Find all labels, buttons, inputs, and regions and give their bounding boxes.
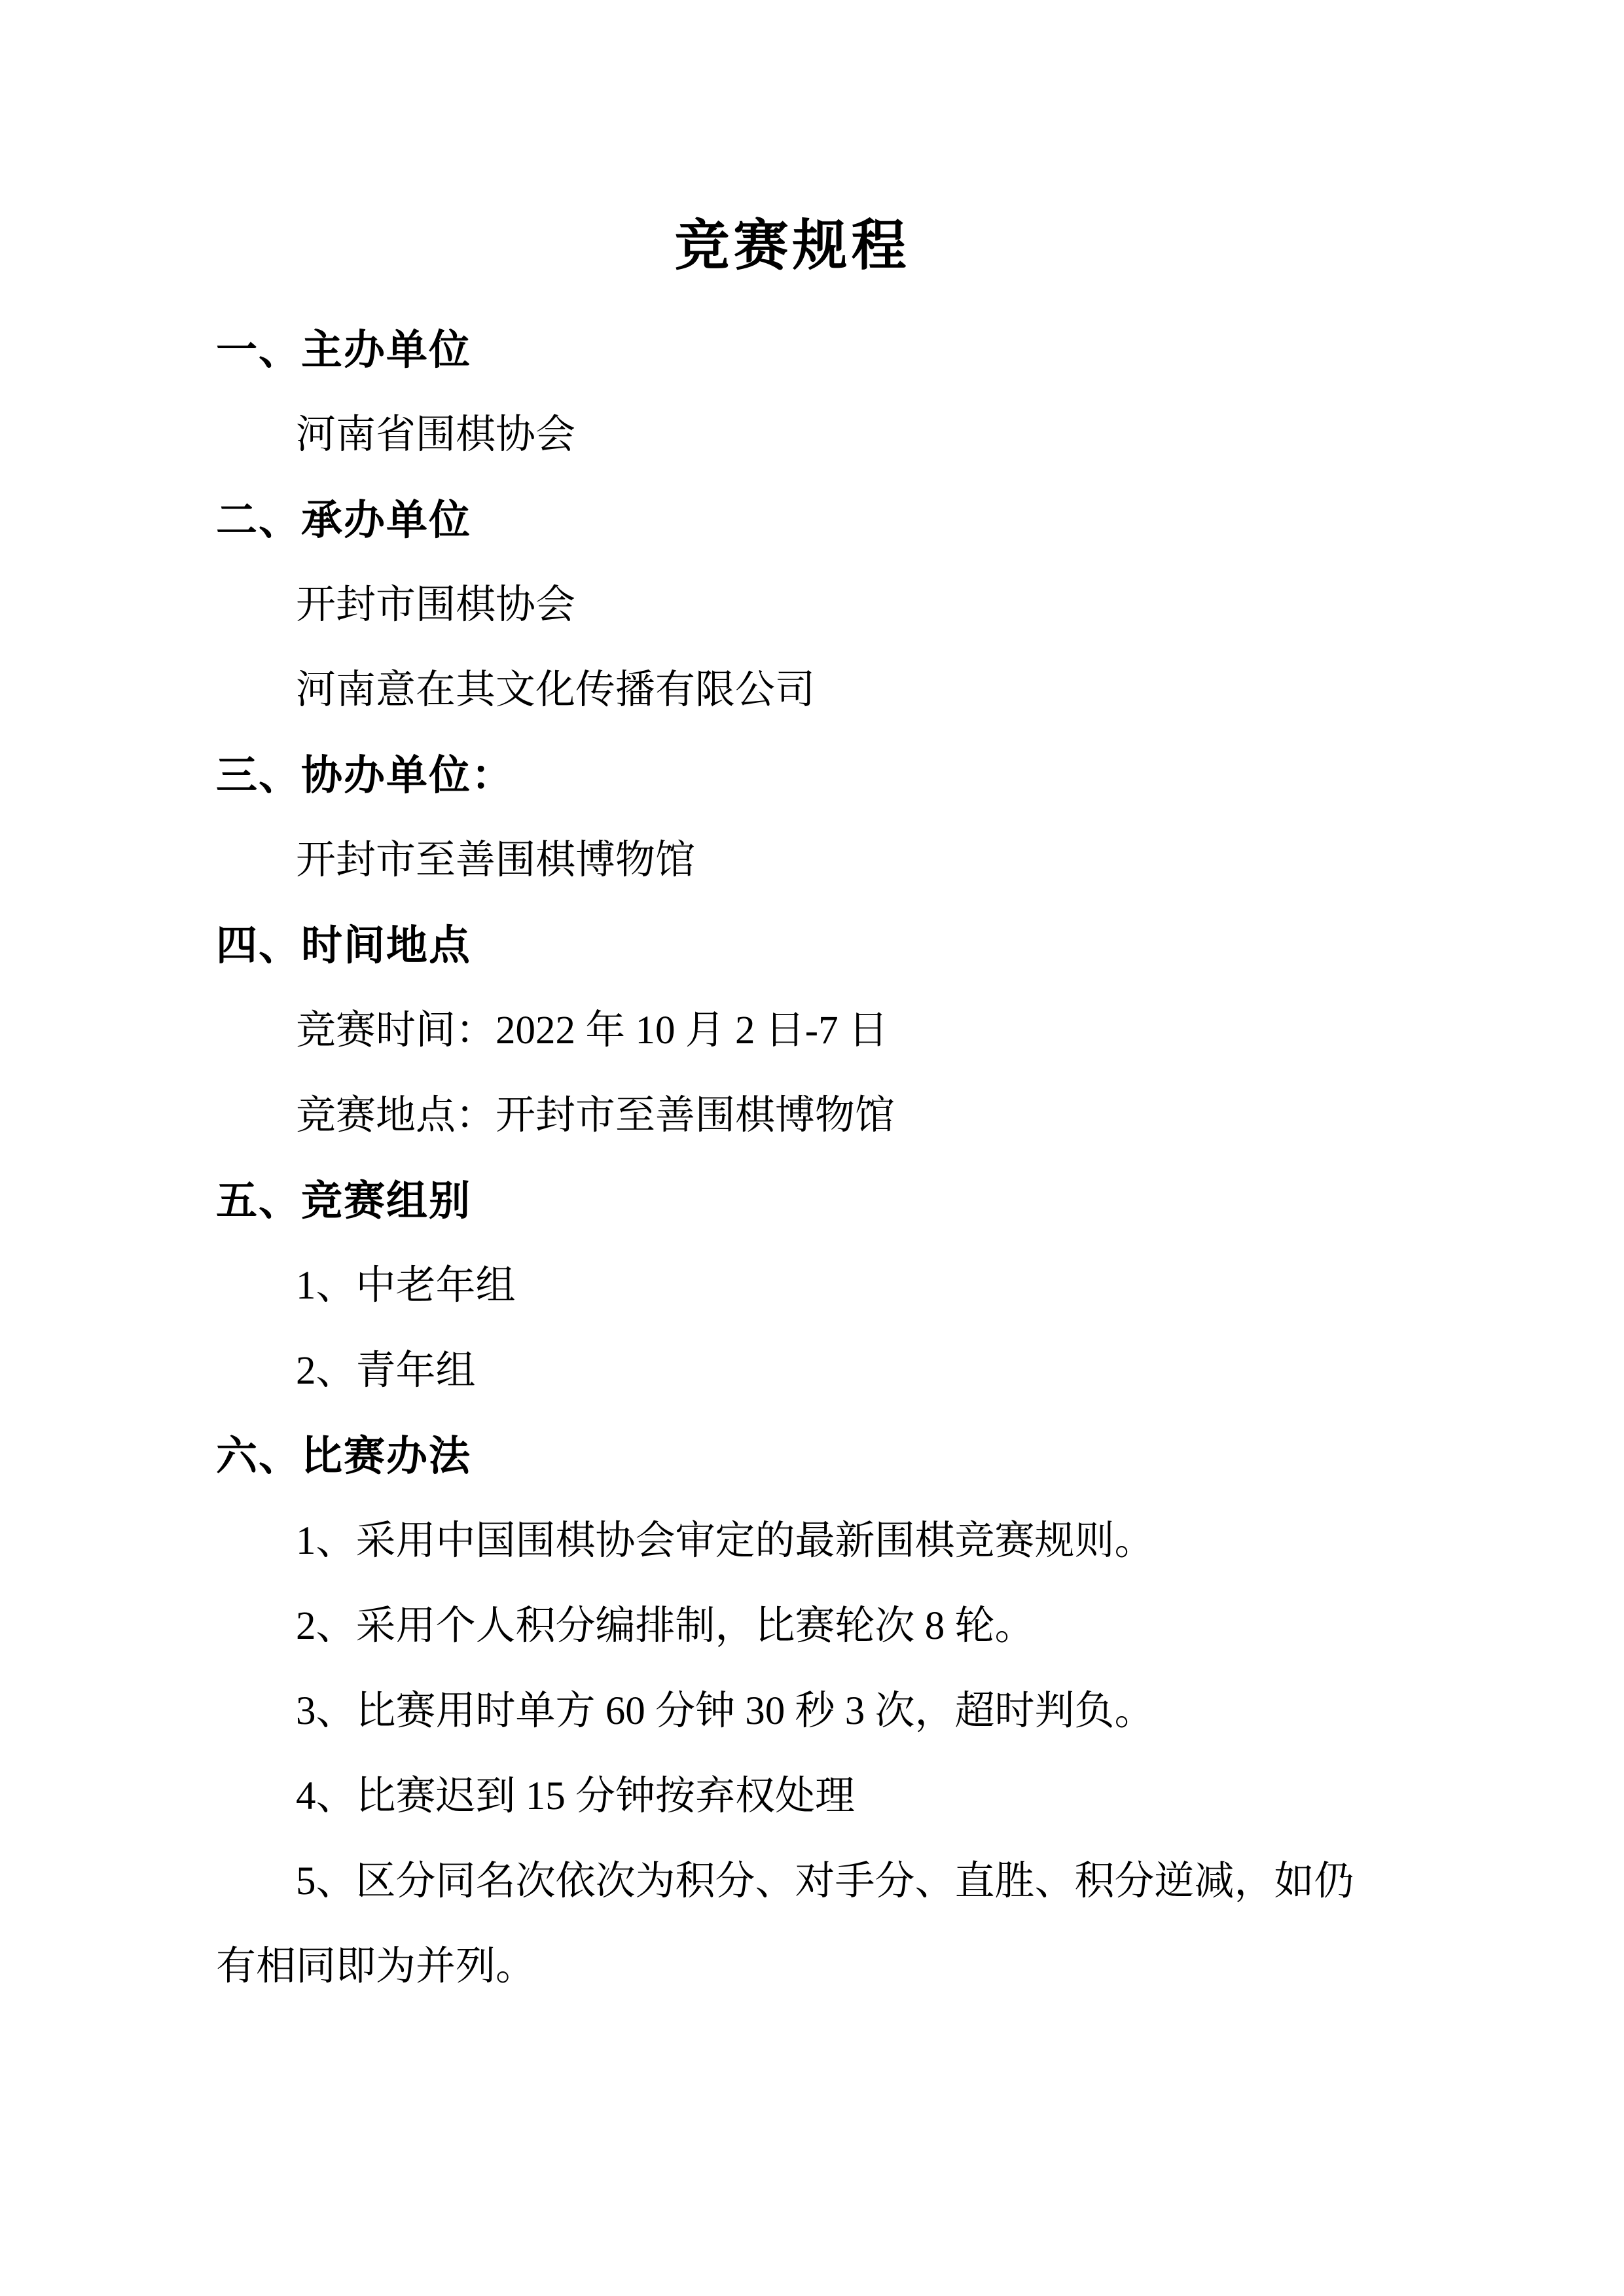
paragraph: 河南意在其文化传播有限公司 <box>216 648 1369 733</box>
paragraph: 5、区分同名次依次为积分、对手分、直胜、积分逆减，如仍有相同即为并列。 <box>216 1839 1369 2009</box>
section-heading-6: 六、比赛办法 <box>216 1414 1369 1499</box>
section-heading-2: 二、承办单位 <box>216 478 1369 563</box>
paragraph: 开封市至善围棋博物馆 <box>216 818 1369 903</box>
paragraph: 2、青年组 <box>216 1329 1369 1414</box>
paragraph: 竞赛时间：2022 年 10 月 2 日-7 日 <box>216 988 1369 1073</box>
document-page: 竞赛规程 一、主办单位 河南省围棋协会 二、承办单位 开封市围棋协会 河南意在其… <box>0 0 1624 2296</box>
paragraph: 河南省围棋协会 <box>216 393 1369 478</box>
section-heading-4: 四、时间地点 <box>216 903 1369 988</box>
paragraph: 1、中老年组 <box>216 1244 1369 1329</box>
paragraph: 2、采用个人积分编排制，比赛轮次 8 轮。 <box>216 1584 1369 1669</box>
paragraph: 4、比赛迟到 15 分钟按弃权处理 <box>216 1754 1369 1839</box>
document-title: 竞赛规程 <box>216 196 1369 295</box>
paragraph: 3、比赛用时单方 60 分钟 30 秒 3 次，超时判负。 <box>216 1669 1369 1754</box>
section-heading-1: 一、主办单位 <box>216 308 1369 393</box>
section-heading-5: 五、竞赛组别 <box>216 1158 1369 1244</box>
paragraph: 竞赛地点：开封市至善围棋博物馆 <box>216 1073 1369 1158</box>
section-heading-3: 三、协办单位： <box>216 733 1369 818</box>
paragraph: 1、采用中国围棋协会审定的最新围棋竞赛规则。 <box>216 1499 1369 1584</box>
paragraph: 开封市围棋协会 <box>216 563 1369 648</box>
